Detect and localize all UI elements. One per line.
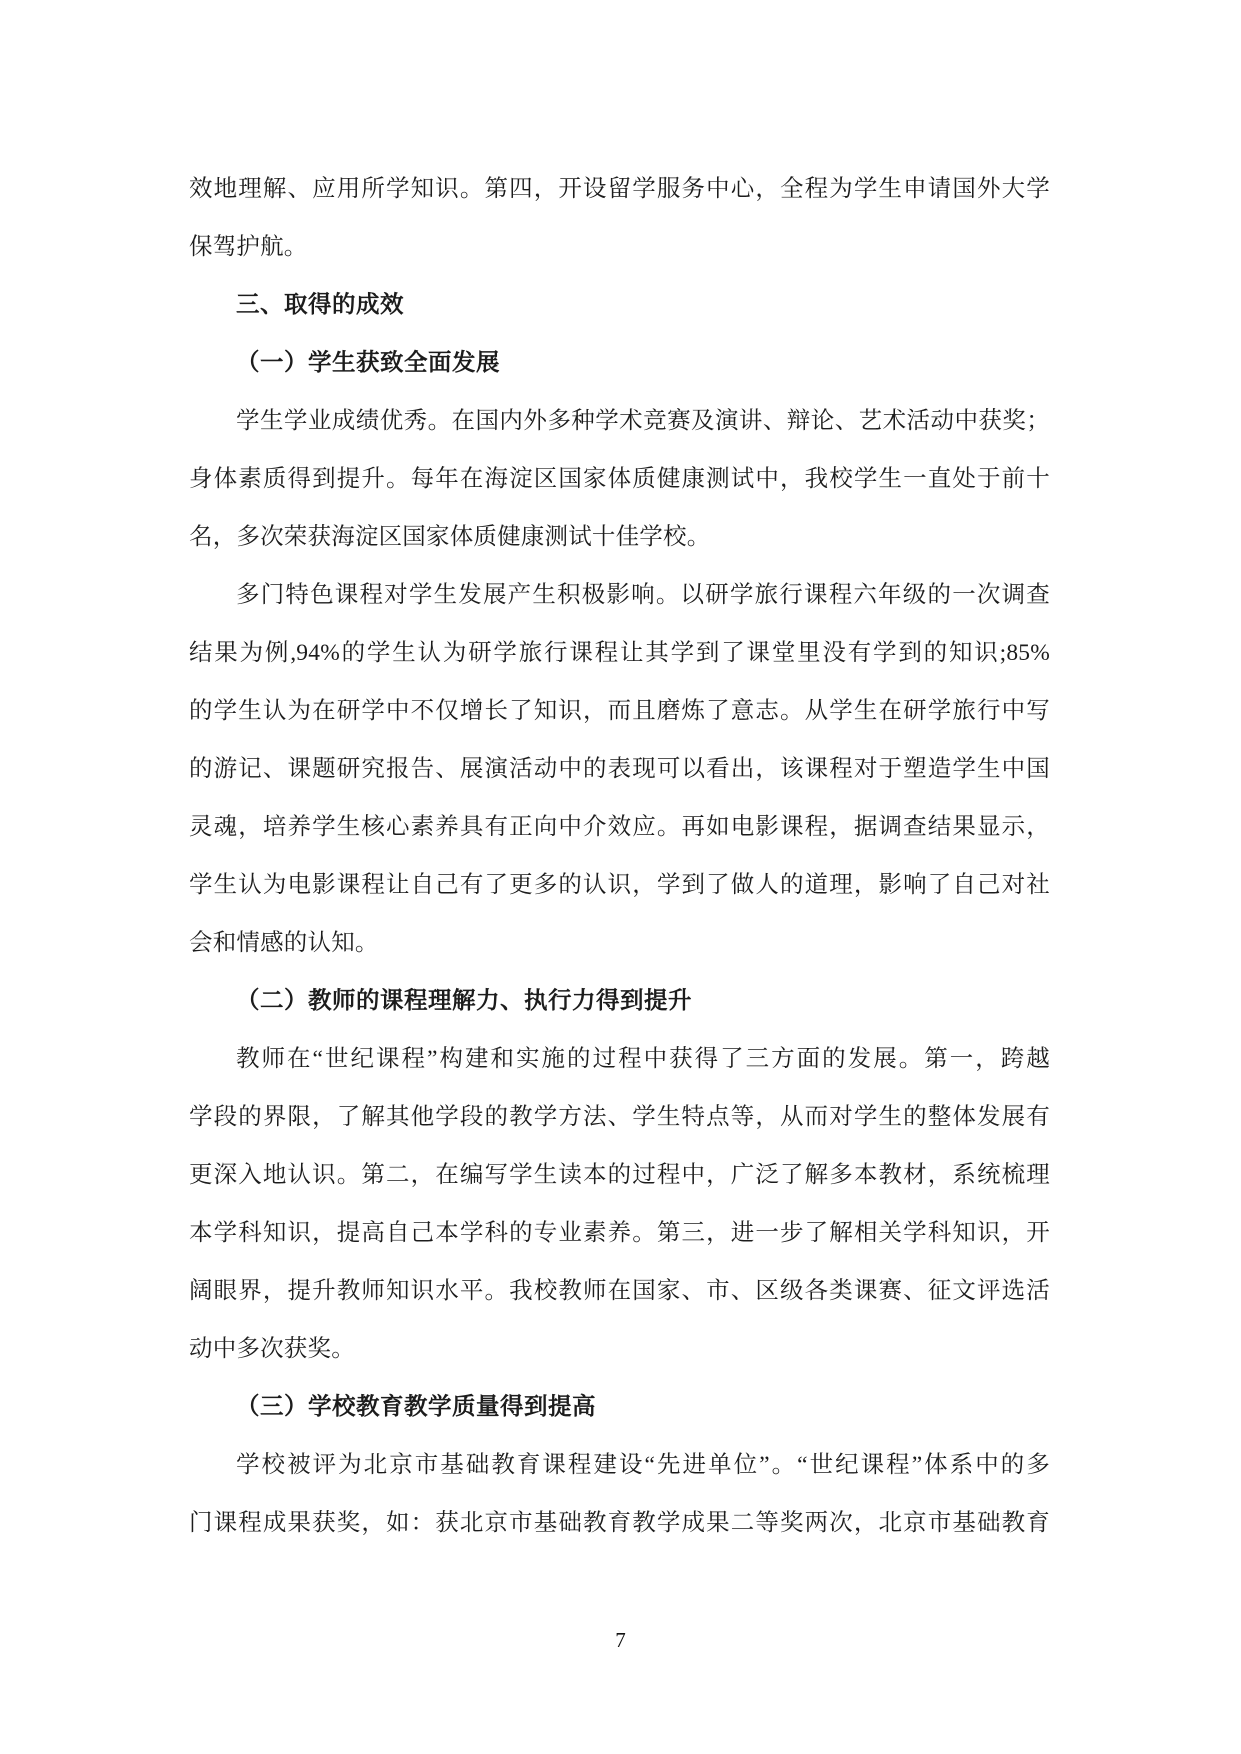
paragraph: 教师在“世纪课程”构建和实施的过程中获得了三方面的发展。第一，跨越学段的界限，了… <box>189 1030 1050 1378</box>
text-line: 学生认为电影课程让自己有了更多的认识，学到了做人的道理，影响了自己对社 <box>189 856 1050 914</box>
paragraph-continuation: 效地理解、应用所学知识。第四，开设留学服务中心，全程为学生申请国外大学保驾护航。 <box>189 160 1050 276</box>
text-line: 阔眼界，提升教师知识水平。我校教师在国家、市、区级各类课赛、征文评选活 <box>189 1262 1050 1320</box>
text-line: 学段的界限，了解其他学段的教学方法、学生特点等，从而对学生的整体发展有 <box>189 1088 1050 1146</box>
text-line: 更深入地认识。第二，在编写学生读本的过程中，广泛了解多本教材，系统梳理 <box>189 1146 1050 1204</box>
paragraph: 学校被评为北京市基础教育课程建设“先进单位”。“世纪课程”体系中的多门课程成果获… <box>189 1436 1050 1552</box>
subsection-heading: （二）教师的课程理解力、执行力得到提升 <box>189 972 1050 1030</box>
text-line: 学校被评为北京市基础教育课程建设“先进单位”。“世纪课程”体系中的多 <box>189 1436 1050 1494</box>
text-line: 会和情感的认知。 <box>189 914 1050 972</box>
text-line: 保驾护航。 <box>189 218 1050 276</box>
text-line: 多门特色课程对学生发展产生积极影响。以研学旅行课程六年级的一次调查 <box>189 566 1050 624</box>
text-line: （一）学生获致全面发展 <box>189 334 1050 392</box>
text-line: 名，多次荣获海淀区国家体质健康测试十佳学校。 <box>189 508 1050 566</box>
text-line: 门课程成果获奖，如：获北京市基础教育教学成果二等奖两次，北京市基础教育 <box>189 1494 1050 1552</box>
text-line: 结果为例,94%的学生认为研学旅行课程让其学到了课堂里没有学到的知识;85% <box>189 624 1050 682</box>
text-line: 的学生认为在研学中不仅增长了知识，而且磨炼了意志。从学生在研学旅行中写 <box>189 682 1050 740</box>
text-line: 学生学业成绩优秀。在国内外多种学术竞赛及演讲、辩论、艺术活动中获奖； <box>189 392 1050 450</box>
paragraph: 学生学业成绩优秀。在国内外多种学术竞赛及演讲、辩论、艺术活动中获奖；身体素质得到… <box>189 392 1050 566</box>
page-number: 7 <box>0 1625 1241 1655</box>
text-line: 本学科知识，提高自己本学科的专业素养。第三，进一步了解相关学科知识，开 <box>189 1204 1050 1262</box>
text-line: 身体素质得到提升。每年在海淀区国家体质健康测试中，我校学生一直处于前十 <box>189 450 1050 508</box>
text-line: （二）教师的课程理解力、执行力得到提升 <box>189 972 1050 1030</box>
text-line: （三）学校教育教学质量得到提高 <box>189 1378 1050 1436</box>
text-line: 三、取得的成效 <box>189 276 1050 334</box>
text-line: 动中多次获奖。 <box>189 1320 1050 1378</box>
text-line: 灵魂，培养学生核心素养具有正向中介效应。再如电影课程，据调查结果显示， <box>189 798 1050 856</box>
text-line: 教师在“世纪课程”构建和实施的过程中获得了三方面的发展。第一，跨越 <box>189 1030 1050 1088</box>
text-line: 的游记、课题研究报告、展演活动中的表现可以看出，该课程对于塑造学生中国 <box>189 740 1050 798</box>
subsection-heading: （三）学校教育教学质量得到提高 <box>189 1378 1050 1436</box>
document-page: 效地理解、应用所学知识。第四，开设留学服务中心，全程为学生申请国外大学保驾护航。… <box>0 0 1241 1754</box>
text-line: 效地理解、应用所学知识。第四，开设留学服务中心，全程为学生申请国外大学 <box>189 160 1050 218</box>
subsection-heading: （一）学生获致全面发展 <box>189 334 1050 392</box>
document-body: 效地理解、应用所学知识。第四，开设留学服务中心，全程为学生申请国外大学保驾护航。… <box>189 160 1050 1552</box>
section-heading: 三、取得的成效 <box>189 276 1050 334</box>
paragraph: 多门特色课程对学生发展产生积极影响。以研学旅行课程六年级的一次调查结果为例,94… <box>189 566 1050 972</box>
